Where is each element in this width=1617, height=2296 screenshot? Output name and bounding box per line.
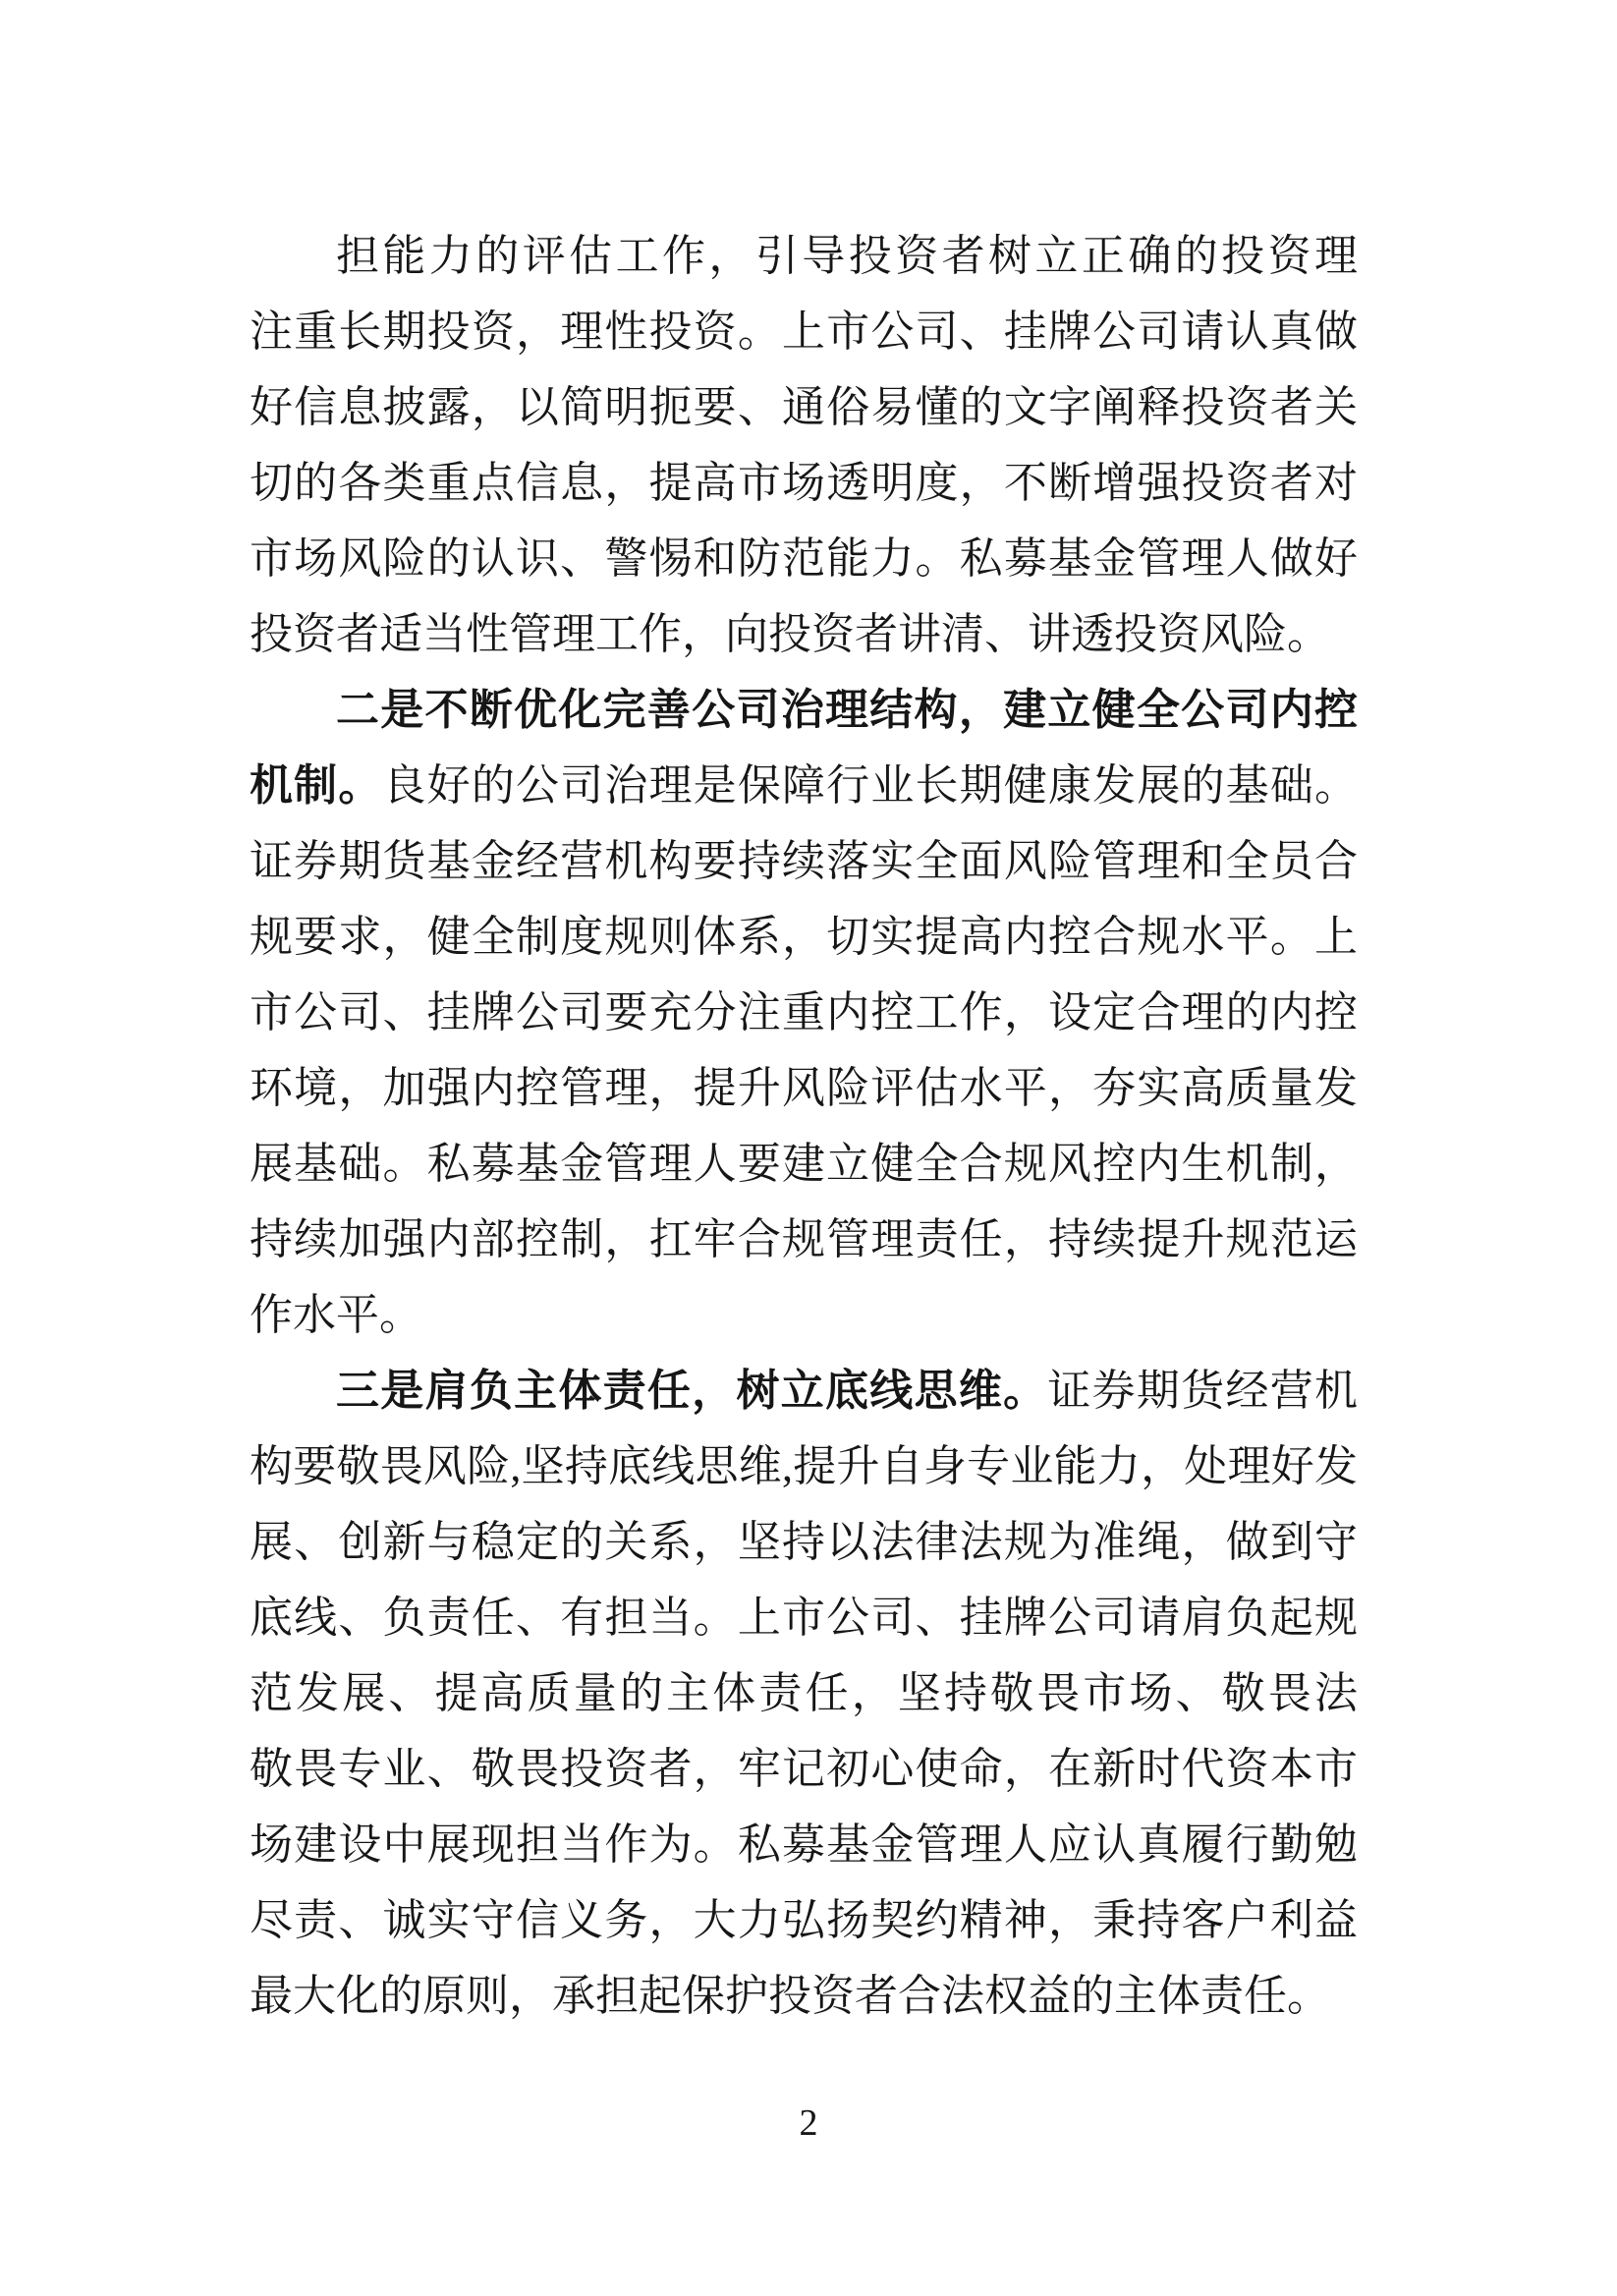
regular-segment: 最大化的原则，承担起保护投资者合法权益的主体责任。 bbox=[250, 1972, 1330, 2020]
text-line: 范发展、提高质量的主体责任，坚持敬畏市场、敬畏法治、 bbox=[250, 1655, 1358, 1731]
text-line: 切的各类重点信息，提高市场透明度，不断增强投资者对 bbox=[250, 445, 1358, 521]
page-number: 2 bbox=[0, 2100, 1617, 2146]
text-line: 市公司、挂牌公司要充分注重内控工作，设定合理的内控 bbox=[250, 975, 1358, 1050]
text-line: 注重长期投资，理性投资。上市公司、挂牌公司请认真做 bbox=[250, 294, 1358, 369]
text-line: 展基础。私募基金管理人要建立健全合规风控内生机制， bbox=[250, 1126, 1358, 1202]
regular-segment: 敬畏专业、敬畏投资者，牢记初心使命，在新时代资本市 bbox=[250, 1745, 1358, 1793]
text-line: 展、创新与稳定的关系，坚持以法律法规为准绳，做到守 bbox=[250, 1504, 1358, 1580]
regular-segment: 作水平。 bbox=[250, 1291, 422, 1339]
regular-segment: 担能力的评估工作，引导投资者树立正确的投资理念， bbox=[336, 232, 1358, 294]
document-page: 担能力的评估工作，引导投资者树立正确的投资理念， 注重长期投资，理性投资。上市公… bbox=[0, 0, 1617, 2296]
heading-line: 三是肩负主体责任，树立底线思维。证券期货经营机 bbox=[250, 1353, 1358, 1428]
text-line: 市场风险的认识、警惕和防范能力。私募基金管理人做好 bbox=[250, 521, 1358, 596]
regular-segment: 展基础。私募基金管理人要建立健全合规风控内生机制， bbox=[250, 1140, 1358, 1188]
text-line: 作水平。 bbox=[250, 1277, 1358, 1353]
text-line: 投资者适当性管理工作，向投资者讲清、讲透投资风险。 bbox=[250, 596, 1358, 672]
regular-segment: 场建设中展现担当作为。私募基金管理人应认真履行勤勉 bbox=[250, 1820, 1358, 1869]
regular-segment: 持续加强内部控制，扛牢合规管理责任，持续提升规范运 bbox=[250, 1215, 1358, 1263]
bold-segment: 三是肩负主体责任，树立底线思维。 bbox=[336, 1367, 1047, 1415]
text-line: 规要求，健全制度规则体系，切实提高内控合规水平。上 bbox=[250, 899, 1358, 975]
regular-segment: 尽责、诚实守信义务，大力弘扬契约精神，秉持客户利益 bbox=[250, 1896, 1358, 1944]
text-line: 场建设中展现担当作为。私募基金管理人应认真履行勤勉 bbox=[250, 1807, 1358, 1882]
regular-segment: 市公司、挂牌公司要充分注重内控工作，设定合理的内控 bbox=[250, 988, 1358, 1036]
regular-segment: 切的各类重点信息，提高市场透明度，不断增强投资者对 bbox=[250, 459, 1358, 507]
regular-segment: 好信息披露，以简明扼要、通俗易懂的文字阐释投资者关 bbox=[250, 383, 1358, 431]
text-line: 持续加强内部控制，扛牢合规管理责任，持续提升规范运 bbox=[250, 1202, 1358, 1277]
text-line: 担能力的评估工作，引导投资者树立正确的投资理念， bbox=[250, 218, 1358, 294]
text-line: 底线、负责任、有担当。上市公司、挂牌公司请肩负起规 bbox=[250, 1580, 1358, 1655]
text-line: 证券期货基金经营机构要持续落实全面风险管理和全员合 bbox=[250, 823, 1358, 899]
regular-segment: 构要敬畏风险,坚持底线思维,提升自身专业能力，处理好发 bbox=[250, 1442, 1358, 1490]
regular-segment: 底线、负责任、有担当。上市公司、挂牌公司请肩负起规 bbox=[250, 1594, 1358, 1642]
regular-segment: 注重长期投资，理性投资。上市公司、挂牌公司请认真做 bbox=[250, 308, 1358, 356]
regular-segment: 证券期货经营机 bbox=[1047, 1367, 1358, 1415]
heading-line: 二是不断优化完善公司治理结构，建立健全公司内控 bbox=[250, 672, 1358, 748]
text-line: 敬畏专业、敬畏投资者，牢记初心使命，在新时代资本市 bbox=[250, 1731, 1358, 1807]
regular-segment: 良好的公司治理是保障行业长期健康发展的基础。 bbox=[383, 761, 1359, 810]
regular-segment: 环境，加强内控管理，提升风险评估水平，夯实高质量发 bbox=[250, 1064, 1358, 1112]
regular-segment: 展、创新与稳定的关系，坚持以法律法规为准绳，做到守 bbox=[250, 1518, 1358, 1566]
regular-segment: 规要求，健全制度规则体系，切实提高内控合规水平。上 bbox=[250, 913, 1358, 961]
text-line: 环境，加强内控管理，提升风险评估水平，夯实高质量发 bbox=[250, 1050, 1358, 1126]
regular-segment: 投资者适当性管理工作，向投资者讲清、讲透投资风险。 bbox=[250, 610, 1330, 658]
regular-segment: 证券期货基金经营机构要持续落实全面风险管理和全员合 bbox=[250, 837, 1358, 885]
bold-segment: 二是不断优化完善公司治理结构，建立健全公司内控 bbox=[336, 686, 1358, 734]
text-line: 机制。良好的公司治理是保障行业长期健康发展的基础。 bbox=[250, 748, 1358, 823]
text-line: 尽责、诚实守信义务，大力弘扬契约精神，秉持客户利益 bbox=[250, 1882, 1358, 1958]
regular-segment: 市场风险的认识、警惕和防范能力。私募基金管理人做好 bbox=[250, 534, 1358, 583]
document-body: 担能力的评估工作，引导投资者树立正确的投资理念， 注重长期投资，理性投资。上市公… bbox=[250, 218, 1358, 2034]
text-line: 好信息披露，以简明扼要、通俗易懂的文字阐释投资者关 bbox=[250, 369, 1358, 445]
regular-segment: 范发展、提高质量的主体责任，坚持敬畏市场、敬畏法治、 bbox=[250, 1669, 1358, 1731]
text-line: 构要敬畏风险,坚持底线思维,提升自身专业能力，处理好发 bbox=[250, 1428, 1358, 1504]
text-line: 最大化的原则，承担起保护投资者合法权益的主体责任。 bbox=[250, 1958, 1358, 2034]
bold-segment: 机制。 bbox=[250, 761, 383, 810]
